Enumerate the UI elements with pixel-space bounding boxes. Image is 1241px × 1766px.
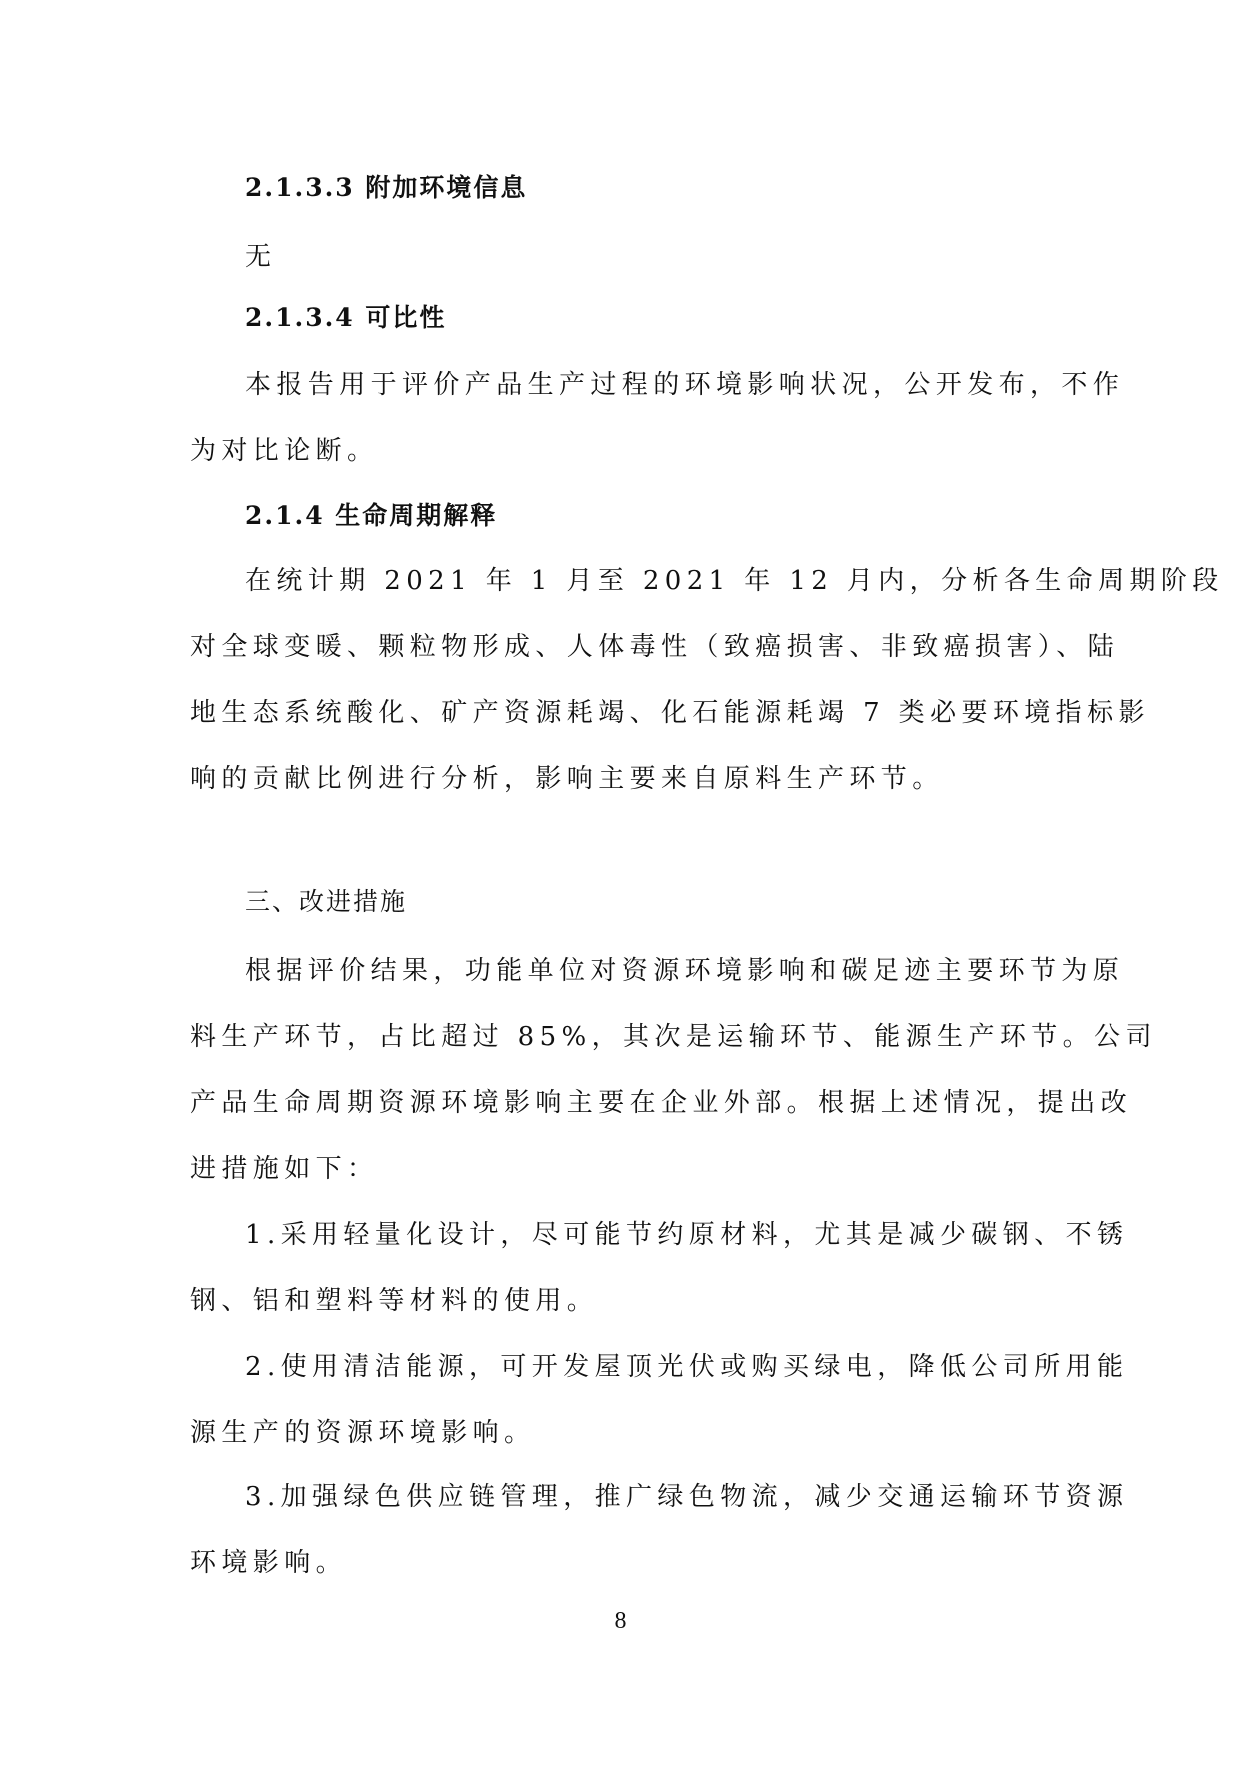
measure-3-line: 环境影响。 (190, 1542, 347, 1579)
paragraph-line: 为对比论断。 (190, 430, 378, 467)
paragraph-line: 本报告用于评价产品生产过程的环境影响状况，公开发布，不作 (245, 364, 1124, 401)
paragraph-line: 地生态系统酸化、矿产资源耗竭、化石能源耗竭 7 类必要环境指标影 (190, 692, 1150, 729)
heading-section-3: 三、改进措施 (245, 882, 407, 918)
measure-1-line: 钢、铝和塑料等材料的使用。 (190, 1280, 598, 1317)
paragraph-line: 产品生命周期资源环境影响主要在企业外部。根据上述情况，提出改 (190, 1082, 1132, 1119)
measure-3-line: 3.加强绿色供应链管理，推广绿色物流，减少交通运输环节资源 (245, 1476, 1128, 1513)
paragraph-line: 在统计期 2021 年 1 月至 2021 年 12 月内，分析各生命周期阶段 (245, 560, 1224, 597)
paragraph-line: 响的贡献比例进行分析，影响主要来自原料生产环节。 (190, 758, 944, 795)
heading-2-1-4: 2.1.4 生命周期解释 (245, 496, 497, 532)
heading-2-1-3-3: 2.1.3.3 附加环境信息 (245, 168, 527, 204)
document-page: 2.1.3.3 附加环境信息 无 2.1.3.4 可比性 本报告用于评价产品生产… (0, 0, 1241, 1766)
paragraph-2-1-3-3-body: 无 (245, 236, 276, 273)
paragraph-line: 进措施如下： (190, 1148, 378, 1185)
paragraph-line: 根据评价结果，功能单位对资源环境影响和碳足迹主要环节为原 (245, 950, 1124, 987)
measure-1-line: 1.采用轻量化设计，尽可能节约原材料，尤其是减少碳钢、不锈 (245, 1214, 1128, 1251)
paragraph-line: 料生产环节，占比超过 85%，其次是运输环节、能源生产环节。公司 (190, 1016, 1157, 1053)
measure-2-line: 2.使用清洁能源，可开发屋顶光伏或购买绿电，降低公司所用能 (245, 1346, 1128, 1383)
heading-2-1-3-4: 2.1.3.4 可比性 (245, 298, 446, 334)
measure-2-line: 源生产的资源环境影响。 (190, 1412, 535, 1449)
paragraph-line: 对全球变暖、颗粒物形成、人体毒性（致癌损害、非致癌损害）、陆 (190, 626, 1119, 663)
page-number: 8 (0, 1608, 1241, 1635)
